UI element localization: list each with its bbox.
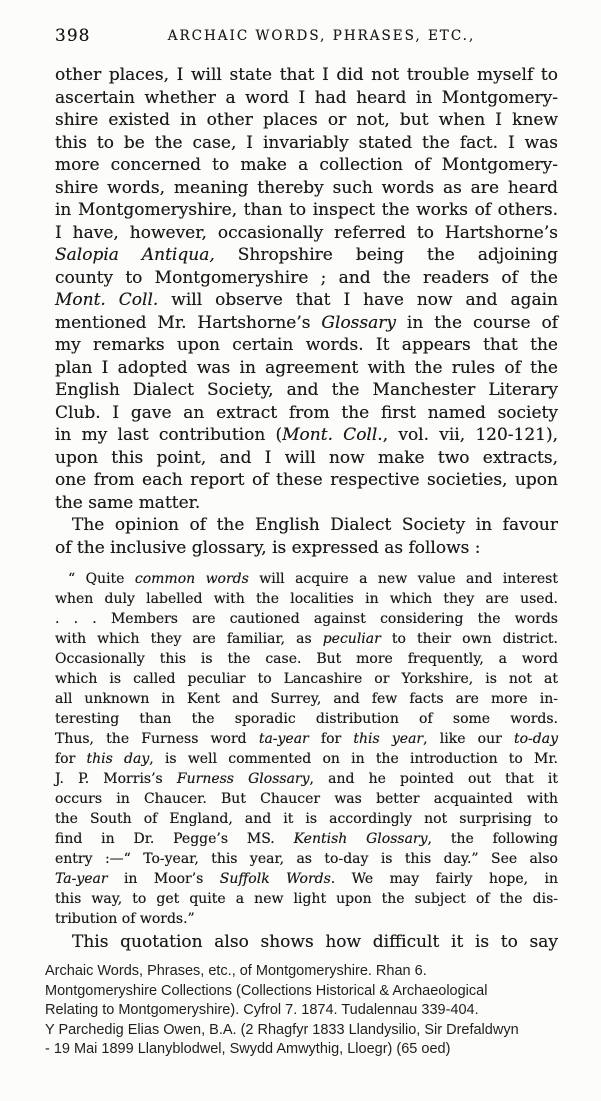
- text-line: which is called peculiar to Lancashire o…: [55, 669, 558, 689]
- italic-segment: Mont. Coll.: [282, 425, 383, 445]
- text-line: all unknown in Kent and Surrey, and few …: [55, 689, 558, 709]
- text-line: of the inclusive glossary, is expressed …: [55, 537, 558, 560]
- text-line: Club. I gave an extract from the first n…: [55, 402, 558, 425]
- text-line: this way, to get quite a new light upon …: [55, 889, 558, 909]
- text-line: occurs in Chaucer. But Chaucer was bette…: [55, 789, 558, 809]
- block-quote: “ Quite common words will acquire a new …: [55, 569, 558, 929]
- text-line: this to be the case, I invariably stated…: [55, 132, 558, 155]
- text-line: The opinion of the English Dialect Socie…: [55, 514, 558, 537]
- text-line: This quotation also shows how difficult …: [55, 931, 558, 954]
- text-line: teresting than the sporadic distribution…: [55, 709, 558, 729]
- paragraph-opinion: The opinion of the English Dialect Socie…: [55, 514, 558, 559]
- text-line: entry :—“ To-year, this year, as to-day …: [55, 849, 558, 869]
- italic-segment: this year: [353, 731, 423, 747]
- italic-segment: Suffolk Words: [220, 871, 331, 887]
- caption-line: Archaic Words, Phrases, etc., of Montgom…: [45, 962, 590, 982]
- caption-line: Montgomeryshire Collections (Collections…: [45, 982, 590, 1002]
- text-line: with which they are familiar, as peculia…: [55, 629, 558, 649]
- text-line: ascertain whether a word I had heard in …: [55, 87, 558, 110]
- italic-segment: ta-year: [259, 731, 309, 747]
- text-line: . . . Members are cautioned against cons…: [55, 609, 558, 629]
- text-line: find in Dr. Pegge’s MS. Kentish Glossary…: [55, 829, 558, 849]
- text-line: upon this point, and I will now make two…: [55, 447, 558, 470]
- body-text-column: other places, I will state that I did no…: [55, 64, 558, 954]
- page-number: 398: [55, 26, 90, 46]
- text-line: in my last contribution (Mont. Coll., vo…: [55, 424, 558, 447]
- text-line: shire words, meaning thereby such words …: [55, 177, 558, 200]
- paragraph-continuation: other places, I will state that I did no…: [55, 64, 558, 514]
- text-line: more concerned to make a collection of M…: [55, 154, 558, 177]
- italic-segment: Furness Glossary: [177, 771, 310, 787]
- bibliographic-caption: Archaic Words, Phrases, etc., of Montgom…: [45, 962, 590, 1060]
- text-line: I have, however, occasionally referred t…: [55, 222, 558, 245]
- italic-segment: Glossary: [321, 313, 396, 333]
- caption-line: Y Parchedig Elias Owen, B.A. (2 Rhagfyr …: [45, 1021, 590, 1041]
- text-line: shire existed in other places or not, bu…: [55, 109, 558, 132]
- text-line: Mont. Coll. will observe that I have now…: [55, 289, 558, 312]
- text-line: one from each report of these respective…: [55, 469, 558, 492]
- text-line: when duly labelled with the localities i…: [55, 589, 558, 609]
- text-line: other places, I will state that I did no…: [55, 64, 558, 87]
- text-line: mentioned Mr. Hartshorne’s Glossary in t…: [55, 312, 558, 335]
- text-line: county to Montgomeryshire ; and the read…: [55, 267, 558, 290]
- text-line: J. P. Morris’s Furness Glossary, and he …: [55, 769, 558, 789]
- scanned-book-page: 398 ARCHAIC WORDS, PHRASES, ETC., other …: [0, 0, 601, 1101]
- page-header: 398 ARCHAIC WORDS, PHRASES, ETC.,: [55, 26, 558, 48]
- italic-segment: Ta-year: [55, 871, 108, 887]
- text-line: Thus, the Furness word ta-year for this …: [55, 729, 558, 749]
- text-line: in Montgomeryshire, than to inspect the …: [55, 199, 558, 222]
- text-line: for this day, is well commented on in th…: [55, 749, 558, 769]
- text-line: tribution of words.”: [55, 909, 558, 929]
- italic-segment: to-day: [514, 731, 558, 747]
- italic-segment: Mont. Coll.: [55, 290, 158, 310]
- caption-line: - 19 Mai 1899 Llanyblodwel, Swydd Amwyth…: [45, 1040, 590, 1060]
- running-title: ARCHAIC WORDS, PHRASES, ETC.,: [125, 28, 518, 44]
- text-line: English Dialect Society, and the Manches…: [55, 379, 558, 402]
- text-line: Occasionally this is the case. But more …: [55, 649, 558, 669]
- text-line: the South of England, and it is accordin…: [55, 809, 558, 829]
- text-line: “ Quite common words will acquire a new …: [55, 569, 558, 589]
- text-line: plan I adopted was in agreement with the…: [55, 357, 558, 380]
- text-line: my remarks upon certain words. It appear…: [55, 334, 558, 357]
- italic-segment: peculiar: [323, 631, 381, 647]
- caption-line: Relating to Montgomeryshire). Cyfrol 7. …: [45, 1001, 590, 1021]
- text-line: Ta-year in Moor’s Suffolk Words. We may …: [55, 869, 558, 889]
- italic-segment: Salopia Antiqua,: [55, 245, 215, 265]
- paragraph-closing: This quotation also shows how difficult …: [55, 931, 558, 954]
- text-line: Salopia Antiqua, Shropshire being the ad…: [55, 244, 558, 267]
- italic-segment: this day: [87, 751, 150, 767]
- text-line: the same matter.: [55, 492, 558, 515]
- italic-segment: Kentish Glossary: [294, 831, 428, 847]
- italic-segment: common words: [135, 571, 249, 587]
